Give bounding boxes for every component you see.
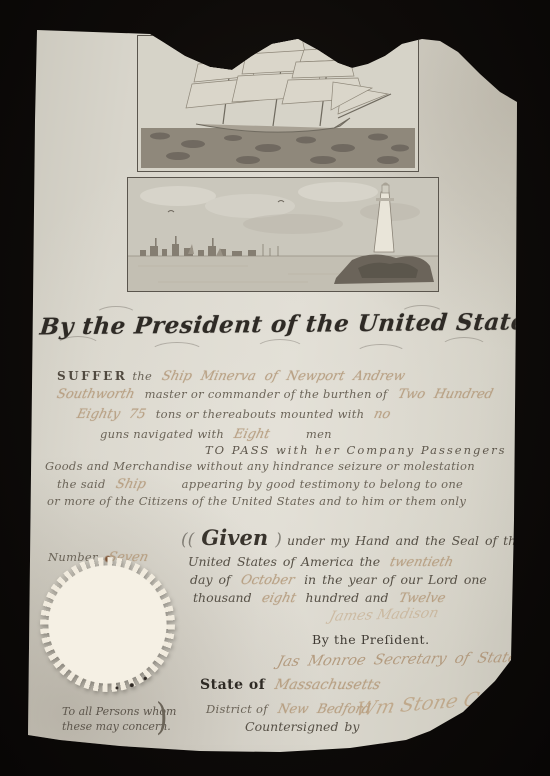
by-the-president-line: By the Preſident. (312, 629, 430, 648)
master-line-text: master or commander of the burthen of (145, 387, 388, 401)
flourish-arc (255, 339, 305, 361)
given-line-1: (( Given ) under my Hand and the Seal of… (181, 525, 524, 550)
suffer-the: the (132, 369, 152, 383)
secretary-signature-line: Jas Monroe Secretary of State (278, 649, 516, 668)
president-signature-line: James Madison (330, 604, 438, 623)
flourish-arc (95, 306, 137, 324)
given-line-3: day of October in the year of our Lord o… (190, 569, 487, 588)
citizens-text: or more of the Citizens of the United St… (47, 494, 466, 508)
given-flourish-right: ) (275, 530, 282, 550)
ships-passport-document: By the President of the United States of… (0, 0, 550, 776)
by-the-president-label: By the Preſident. (312, 632, 430, 647)
president-signature: James Madison (327, 605, 440, 625)
vessel-name-script: Ship Minerva of Newport Andrew (160, 369, 406, 384)
form-line-tons: Eighty 75 tons or thereabouts mounted wi… (72, 403, 396, 422)
given-text-1: under my Hand and the Seal of the (287, 533, 524, 548)
month-script: October (239, 573, 296, 588)
countersigned-line: Countersigned by (245, 716, 360, 735)
state-name-script: Massachusetts (274, 677, 383, 693)
given-text-3a: day of (190, 572, 231, 587)
tons-line-text: tons or thereabouts mounted with (156, 407, 365, 421)
given-text-2: United States of America the (188, 554, 380, 569)
form-line-suffer: SUFFER the Ship Minerva of Newport Andre… (57, 365, 410, 384)
concern-line-2: these may concern. (62, 720, 171, 733)
form-line-citizens: or more of the Citizens of the United St… (47, 490, 466, 509)
given-text-4a: thousand (193, 590, 252, 605)
flourish-arc (355, 344, 407, 364)
given-flourish-left: (( (181, 530, 194, 550)
district-line: District of New Bedford (206, 698, 375, 717)
suffer-label: SUFFER (57, 369, 127, 383)
state-line: State of Massachusetts (200, 674, 386, 693)
state-label: State of (200, 677, 265, 693)
year-script-1: eight (260, 591, 297, 606)
master-name-script: Southworth (55, 387, 136, 402)
flourish-arc (55, 336, 101, 358)
said-prefix: the said (57, 477, 106, 491)
flourish-arc (150, 342, 204, 362)
day-script: twentieth (388, 555, 455, 570)
guns-count-script: no (373, 407, 393, 422)
secretary-signature: Jas Monroe Secretary of State (275, 650, 518, 670)
burthen-script: Two Hundred (396, 387, 494, 402)
flourish-arc (440, 337, 488, 359)
flourish-arc (400, 305, 444, 323)
given-word: Given (201, 525, 268, 550)
concern-bracket: ) (156, 700, 168, 735)
given-line-2: United States of America the twentieth (188, 551, 458, 570)
closing-bracket: ) (156, 696, 168, 740)
form-line-master: Southworth master or commander of the bu… (52, 383, 497, 402)
given-text-4b: hundred and (306, 590, 389, 605)
goods-text: Goods and Merchandise without any hindra… (45, 459, 475, 473)
harbor-lighthouse-illustration (128, 178, 438, 291)
tons-script: Eighty 75 (75, 407, 147, 422)
lighthouse-engraving (127, 177, 439, 292)
district-label: District of (206, 702, 268, 716)
countersigned-label: Countersigned by (245, 719, 360, 734)
given-text-3b: in the year of our Lord one (304, 572, 487, 587)
form-line-goods: Goods and Merchandise without any hindra… (45, 455, 475, 474)
embossed-paper-seal (40, 557, 175, 692)
said-suffix: appearing by good testimony to belong to… (182, 477, 464, 491)
